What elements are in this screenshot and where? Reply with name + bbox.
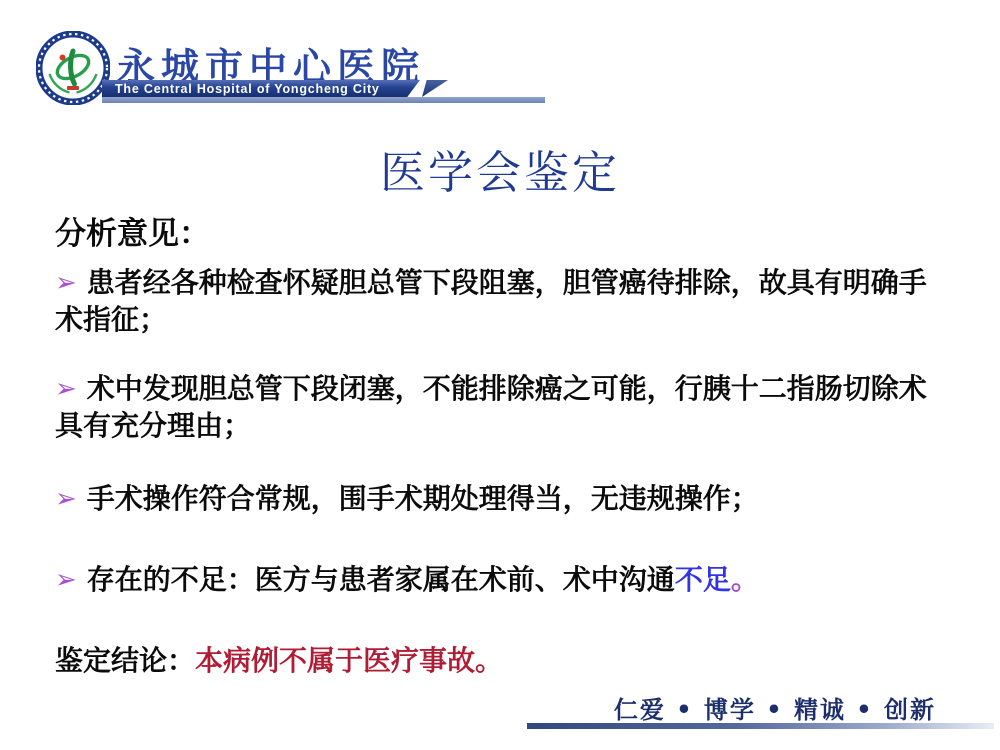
bullet-text: 患者经各种检查怀疑胆总管下段阻塞，胆管癌待排除，故具有明确手术指征； [55, 267, 927, 335]
hospital-logo-icon [36, 31, 110, 105]
ribbon-tip-shape [422, 80, 448, 97]
analysis-heading: 分析意见： [55, 208, 948, 253]
hospital-name-ribbon: The Central Hospital of Yongcheng City [102, 80, 420, 97]
bullet-text: 存在的不足：医方与患者家属在术前、术中沟通 [87, 564, 675, 595]
hospital-motto: 仁爱 • 博学 • 精诚 • 创新 [614, 690, 936, 725]
arrow-bullet-icon: ➢ [55, 564, 77, 594]
highlighted-period: 。 [731, 564, 759, 595]
highlighted-text-blue: 不足 [675, 564, 731, 595]
footer-divider [527, 723, 994, 729]
bullet-item-3: ➢手术操作符合常规，围手术期处理得当，无违规操作； [55, 481, 948, 518]
bullet-text: 手术操作符合常规，围手术期处理得当，无违规操作； [87, 483, 759, 514]
bullet-text: 术中发现胆总管下段闭塞，不能排除癌之可能，行胰十二指肠切除术具有充分理由； [55, 373, 927, 441]
slide-body: 分析意见： ➢患者经各种检查怀疑胆总管下段阻塞，胆管癌待排除，故具有明确手术指征… [55, 208, 948, 680]
conclusion-label: 鉴定结论： [55, 645, 195, 676]
bullet-item-2: ➢术中发现胆总管下段闭塞，不能排除癌之可能，行胰十二指肠切除术具有充分理由； [55, 371, 948, 445]
slide-title: 医学会鉴定 [0, 136, 1000, 201]
conclusion-text-red: 本病例不属于医疗事故。 [195, 645, 503, 676]
conclusion-line: 鉴定结论：本病例不属于医疗事故。 [55, 643, 948, 680]
hospital-name-english: The Central Hospital of Yongcheng City [115, 82, 380, 96]
bullet-item-4: ➢存在的不足：医方与患者家属在术前、术中沟通不足。 [55, 562, 948, 599]
presentation-slide: 永城市中心医院 The Central Hospital of Yongchen… [0, 0, 1000, 750]
arrow-bullet-icon: ➢ [55, 483, 77, 513]
arrow-bullet-icon: ➢ [55, 267, 77, 297]
header-divider [102, 97, 545, 103]
arrow-bullet-icon: ➢ [55, 373, 77, 403]
bullet-item-1: ➢患者经各种检查怀疑胆总管下段阻塞，胆管癌待排除，故具有明确手术指征； [55, 265, 948, 339]
